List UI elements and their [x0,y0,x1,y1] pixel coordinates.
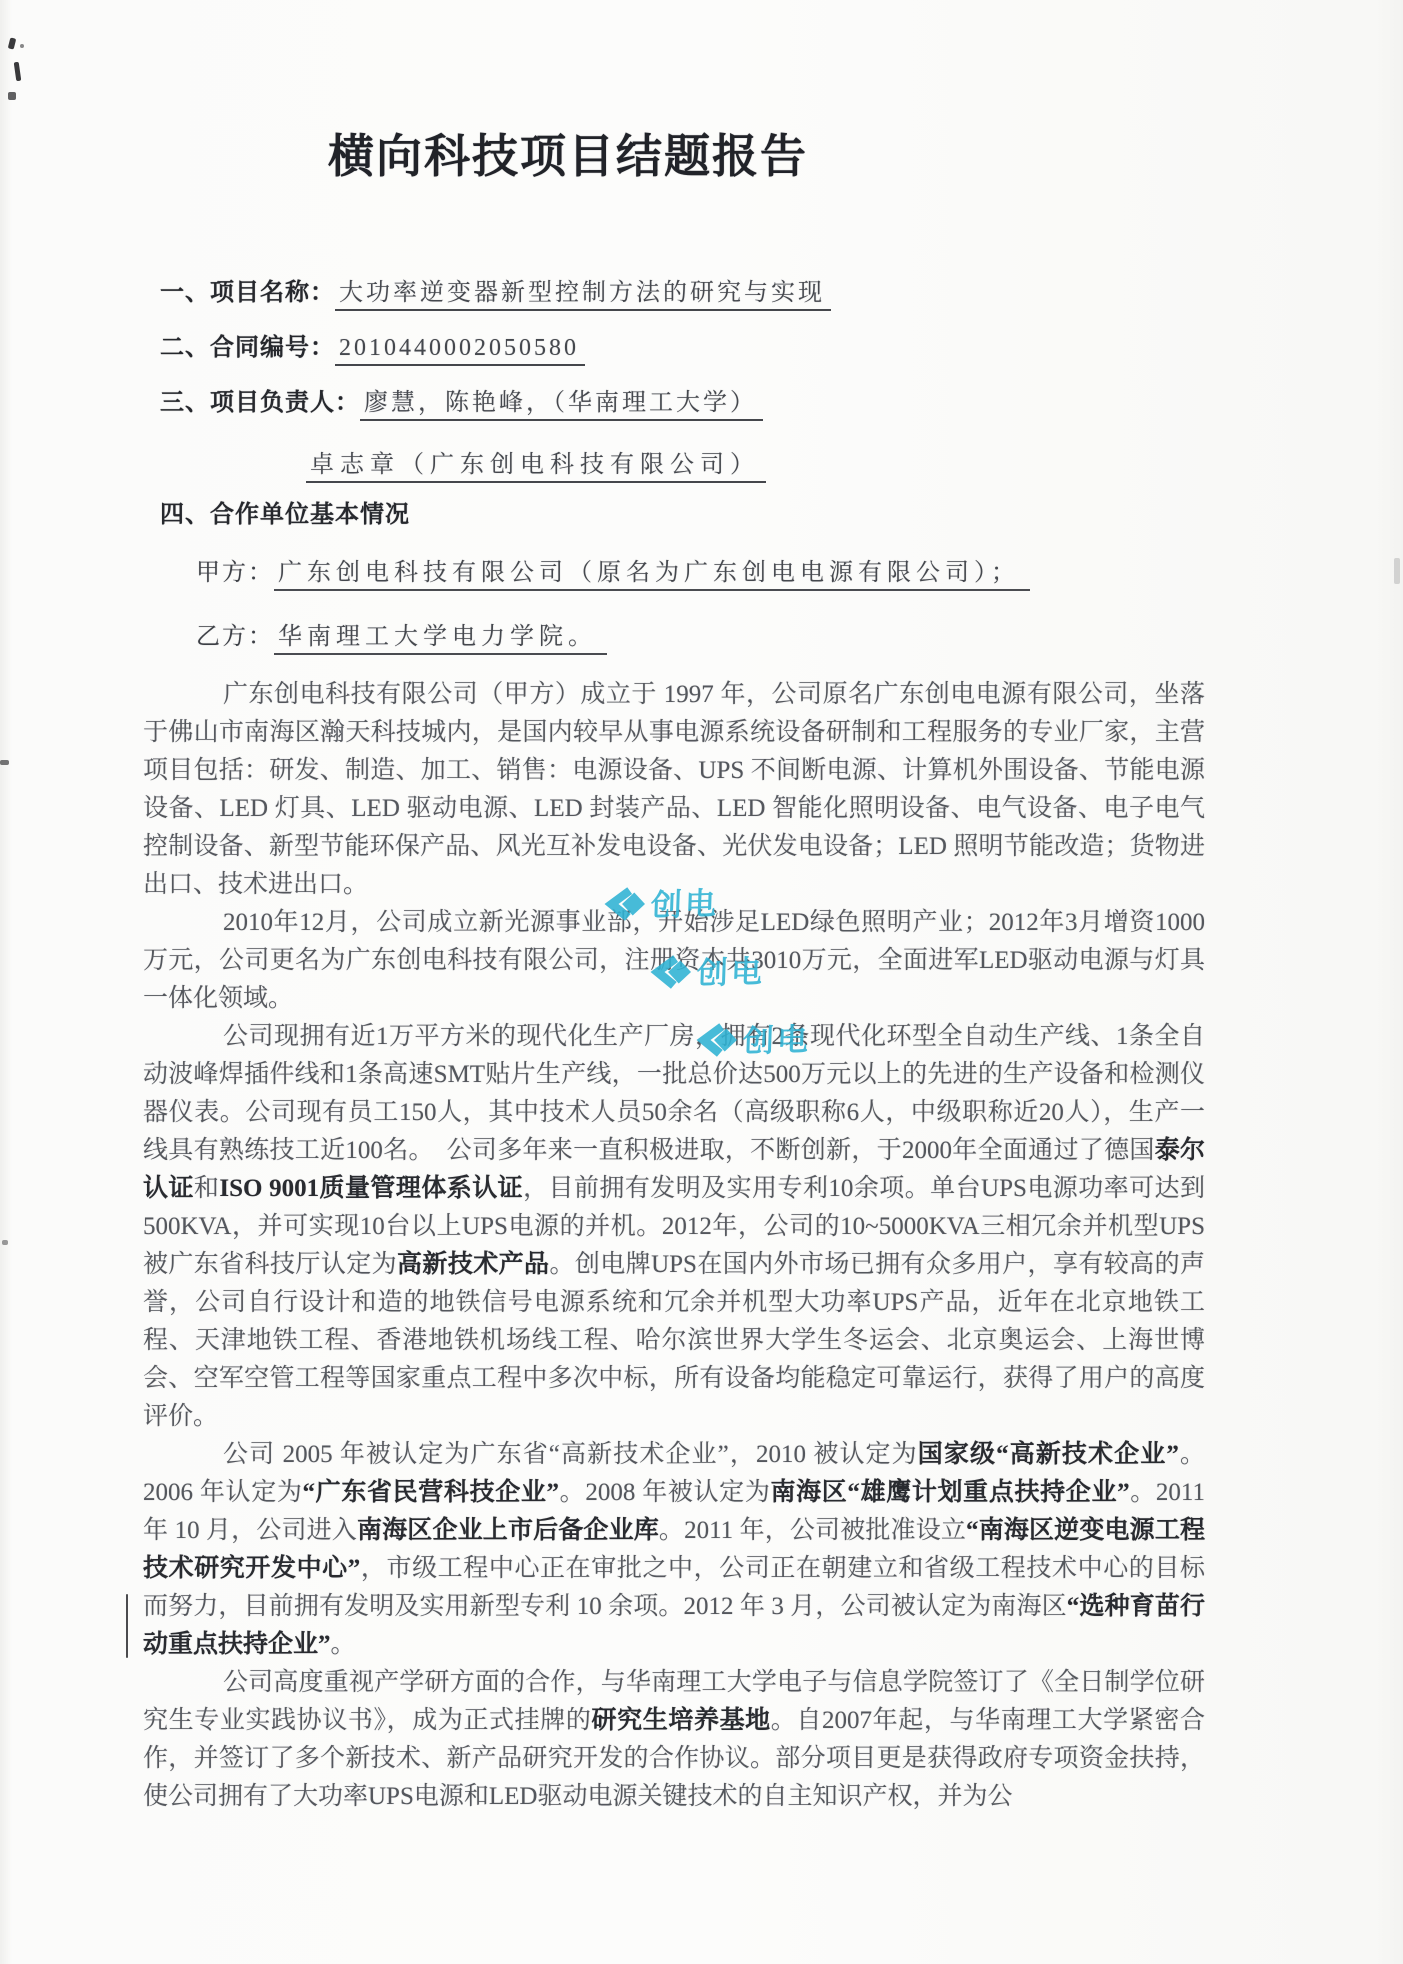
field-project-leaders-line2: 卓志章（广东创电科技有限公司） [306,444,766,479]
scan-artifact [20,44,24,48]
field-project-leaders-line2-value: 卓志章（广东创电科技有限公司） [306,452,766,483]
scan-artifact [1394,558,1400,584]
scan-artifact [0,760,9,765]
paragraph-led-business: 2010年12月，公司成立新光源事业部，开始涉足LED绿色照明产业；2012年3… [143,904,1205,1018]
scan-artifact [2,1240,8,1245]
section-heading-cooperation-units-label: 四、合作单位基本情况 [160,501,410,528]
field-project-name: 一、项目名称：大功率逆变器新型控制方法的研究与实现 [160,272,831,307]
field-project-name-label: 一、项目名称： [160,279,335,306]
scan-artifact [8,92,16,100]
document-body: 广东创电科技有限公司（甲方）成立于 1997 年，公司原名广东创电电源有限公司，… [143,676,1205,1816]
field-contract-number-value: 2010440002050580 [335,335,585,366]
scan-artifact [8,37,16,49]
party-b-line: 乙方：华南理工大学电力学院。 [196,616,607,651]
paragraph-company-intro: 广东创电科技有限公司（甲方）成立于 1997 年，公司原名广东创电电源有限公司，… [143,676,1205,904]
paragraph-honors: 公司 2005 年被认定为广东省“高新技术企业”，2010 被认定为国家级“高新… [143,1436,1205,1664]
field-contract-number-label: 二、合同编号： [160,334,335,361]
party-b-value: 华南理工大学电力学院。 [274,624,607,655]
party-a-value: 广东创电科技有限公司（原名为广东创电电源有限公司）； [274,560,1030,591]
party-a-line: 甲方：广东创电科技有限公司（原名为广东创电电源有限公司）； [196,552,1030,587]
section-heading-cooperation-units: 四、合作单位基本情况 [160,494,410,529]
field-project-leaders-value: 廖慧，陈艳峰，（华南理工大学） [360,390,763,421]
scan-artifact [14,62,22,82]
party-b-label: 乙方： [196,624,274,650]
scanned-document-page: 横向科技项目结题报告 一、项目名称：大功率逆变器新型控制方法的研究与实现 二、合… [0,0,1403,1964]
field-project-leaders-label: 三、项目负责人： [160,389,360,416]
party-a-label: 甲方： [196,560,274,586]
scan-artifact-margin-line [126,1594,128,1658]
paragraph-facilities-products: 公司现拥有近1万平方米的现代化生产厂房，拥有2条现代化环型全自动生产线、1条全自… [143,1018,1205,1436]
paragraph-cooperation: 公司高度重视产学研方面的合作，与华南理工大学电子与信息学院签订了《全日制学位研究… [143,1664,1205,1816]
field-project-name-value: 大功率逆变器新型控制方法的研究与实现 [335,280,831,311]
field-project-leaders: 三、项目负责人：廖慧，陈艳峰，（华南理工大学） [160,382,763,417]
document-title: 横向科技项目结题报告 [318,120,818,186]
field-contract-number: 二、合同编号：2010440002050580 [160,327,585,362]
